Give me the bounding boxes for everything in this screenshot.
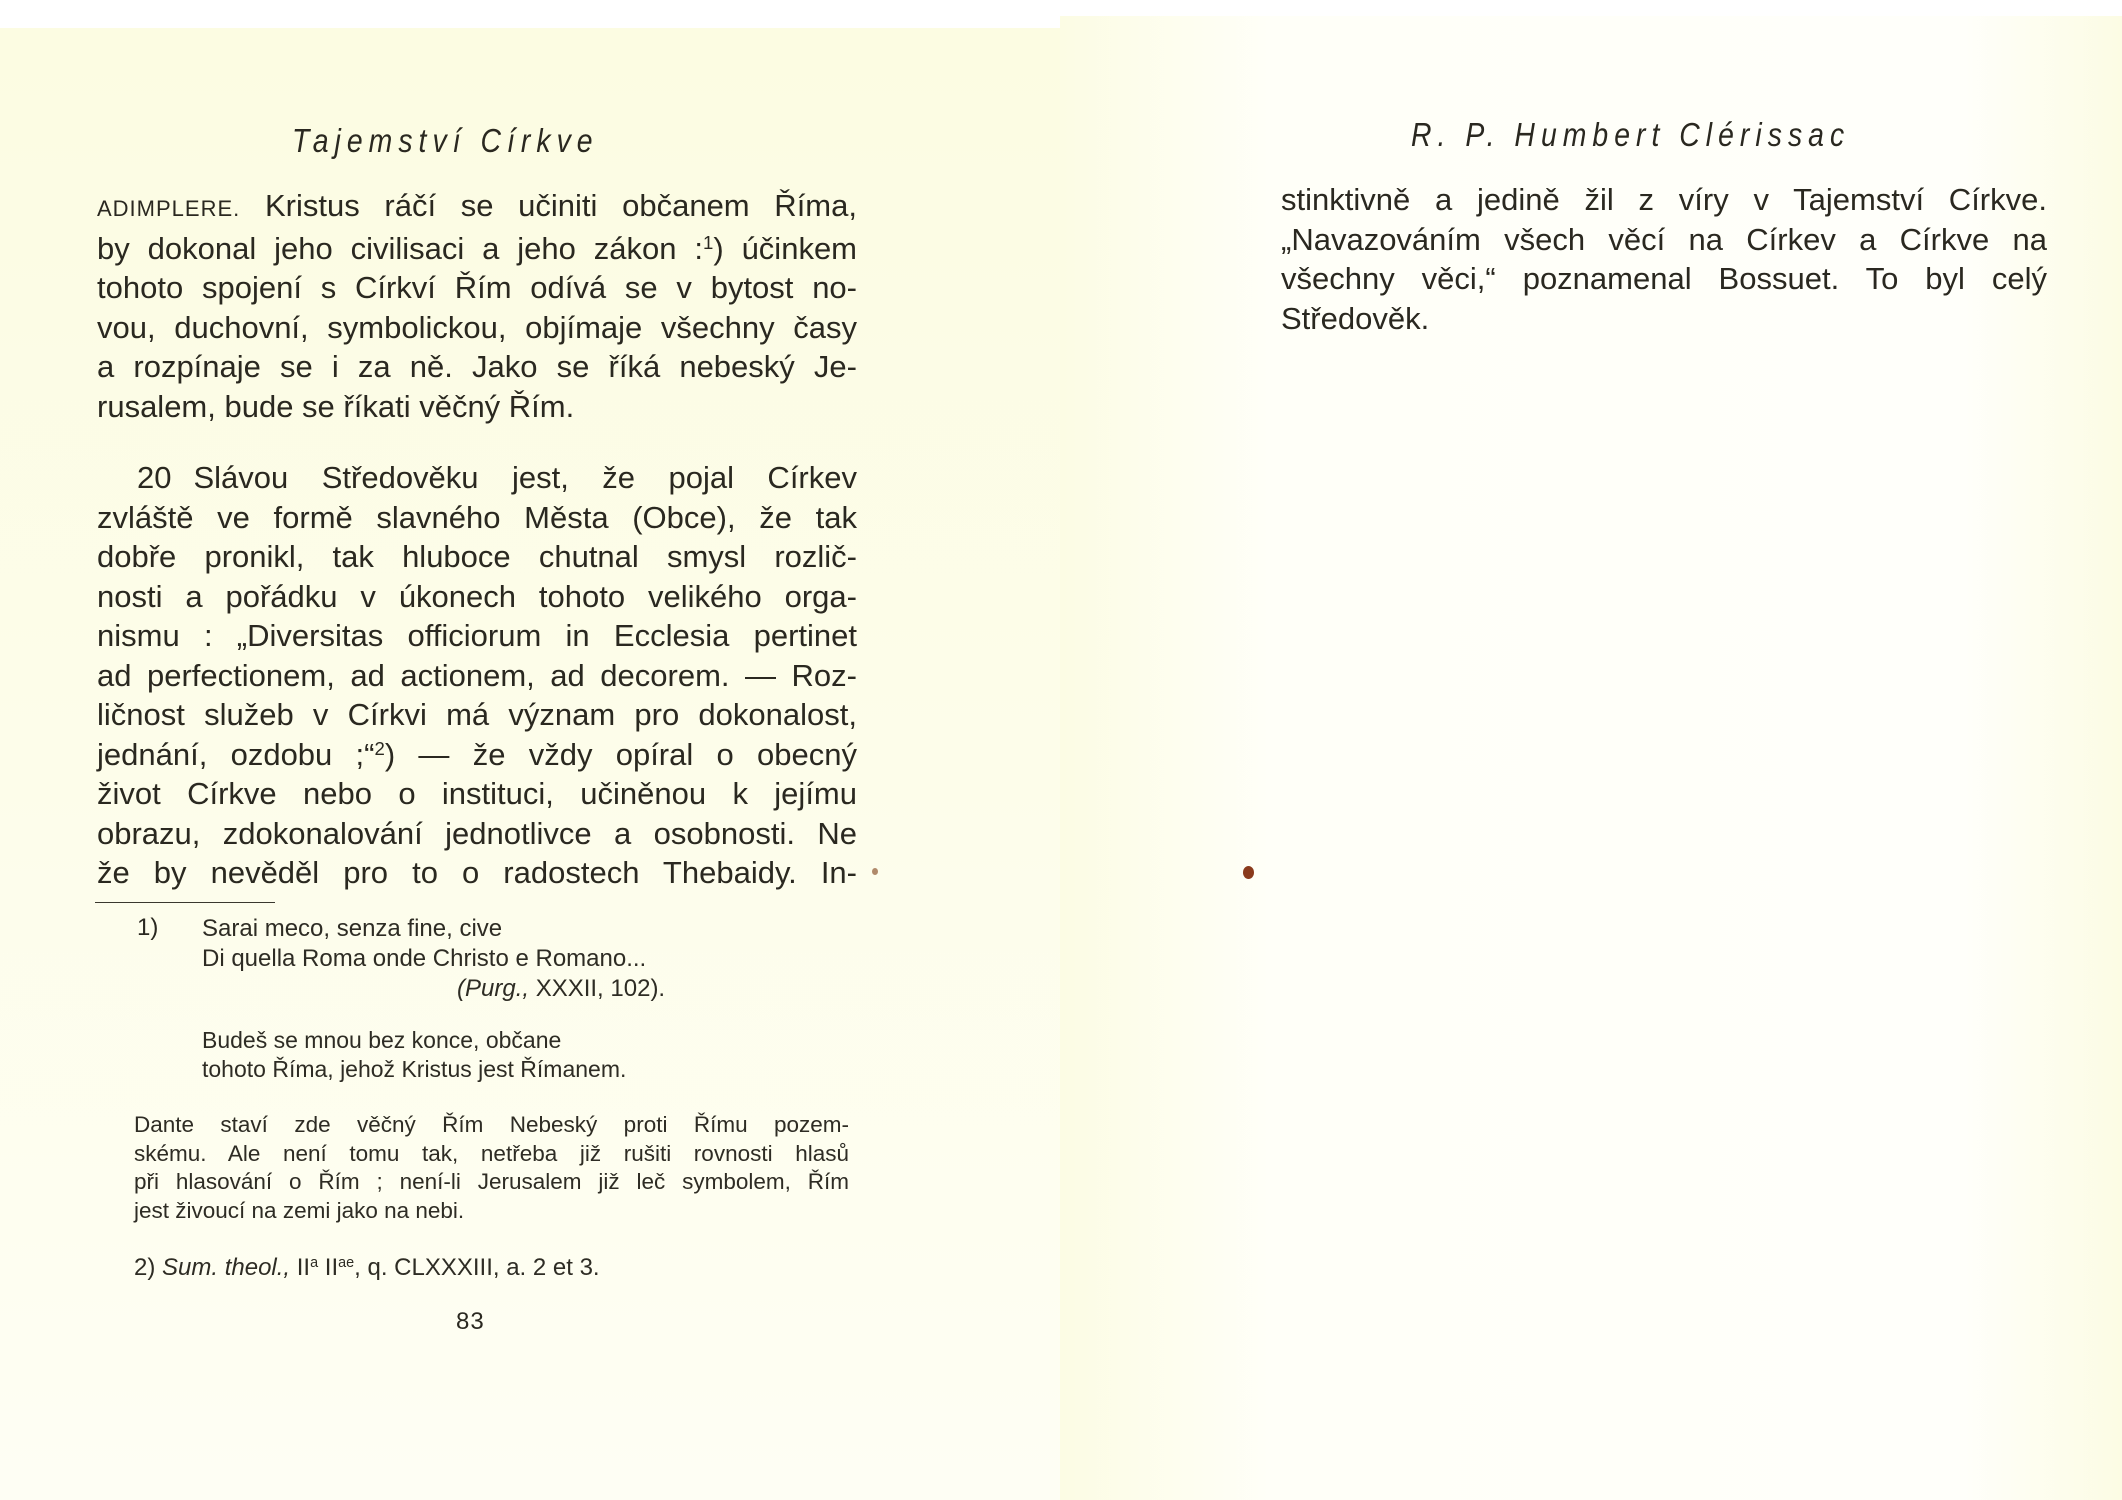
text-line: dobře pronikl, tak hluboce chutnal smysl…: [97, 537, 857, 577]
print-speck: [872, 868, 878, 875]
text-line: život Církve nebo o instituci, učiněnou …: [97, 774, 857, 814]
text-line: ličnost služeb v Církvi má význam pro do…: [97, 695, 857, 735]
footnote-2-mark: 2): [134, 1254, 155, 1281]
ink-spot: [1243, 866, 1254, 879]
text-line: ADIMPLERE. Kristus ráčí se učiniti občan…: [97, 186, 857, 229]
text-line: stinktivně a jedině žil z víry v Tajemst…: [1281, 180, 2047, 220]
text-line: rusalem, bude se říkati věčný Řím.: [97, 387, 857, 427]
text-line: jednání, ozdobu ;“2) — že vždy opíral o …: [97, 735, 857, 775]
footnote-1-verse-italian: Sarai meco, senza fine, cive Di quella R…: [202, 914, 665, 1004]
text-line: že by nevěděl pro to o radostech Thebaid…: [97, 853, 857, 893]
footnote-divider: [95, 902, 275, 903]
footnote-1-citation: (Purg., XXXII, 102).: [202, 974, 665, 1004]
text-line: obrazu, zdokonalování jednotlivce a osob…: [97, 814, 857, 854]
paragraph-20: 20Slávou Středověku jest, že pojal Círke…: [97, 458, 857, 893]
footnote-1-mark: 1): [137, 914, 158, 942]
right-page-text: stinktivně a jedině žil z víry v Tajemst…: [1281, 180, 2047, 338]
text-line: a rozpínaje se i za ně. Jako se říká neb…: [97, 347, 857, 387]
footnote-ref-2[interactable]: 2: [375, 737, 385, 758]
right-running-head: R. P. Humbert Clérissac: [1411, 116, 1850, 154]
text-line: by dokonal jeho civilisaci a jeho zákon …: [97, 229, 857, 269]
footnote-2: 2) Sum. theol., IIa IIae, q. CLXXXIII, a…: [134, 1254, 600, 1282]
footnote-1-commentary: Dante staví zde věčný Řím Nebeský proti …: [134, 1111, 849, 1225]
text-line: tohoto spojení s Církví Řím odívá se v b…: [97, 268, 857, 308]
footnote-ref-1[interactable]: 1: [703, 231, 713, 252]
text-line: 20Slávou Středověku jest, že pojal Círke…: [97, 458, 857, 498]
text-line: nismu : „Diversitas officiorum in Eccles…: [97, 616, 857, 656]
text-line: „Navazováním všech věcí na Církev a Círk…: [1281, 220, 2047, 260]
page-number: 83: [456, 1308, 485, 1336]
text-line: nosti a pořádku v úkonech tohoto velikéh…: [97, 577, 857, 617]
paragraph-number: 20: [137, 458, 171, 498]
text-line: vou, duchovní, symbolickou, objímaje vše…: [97, 308, 857, 348]
text-line: všechny věci,“ poznamenal Bossuet. To by…: [1281, 259, 2047, 299]
text-line: zvláště ve formě slavného Města (Obce), …: [97, 498, 857, 538]
text-line: ad perfectionem, ad actionem, ad decorem…: [97, 656, 857, 696]
footnote-1-verse-czech: Budeš se mnou bez konce, občane tohoto Ř…: [202, 1026, 626, 1084]
small-caps-lead: ADIMPLERE.: [97, 196, 240, 221]
text-line: Středověk.: [1281, 299, 2047, 339]
left-running-head: Tajemství Církve: [292, 122, 599, 160]
paragraph-19-end: ADIMPLERE. Kristus ráčí se učiniti občan…: [97, 186, 857, 426]
